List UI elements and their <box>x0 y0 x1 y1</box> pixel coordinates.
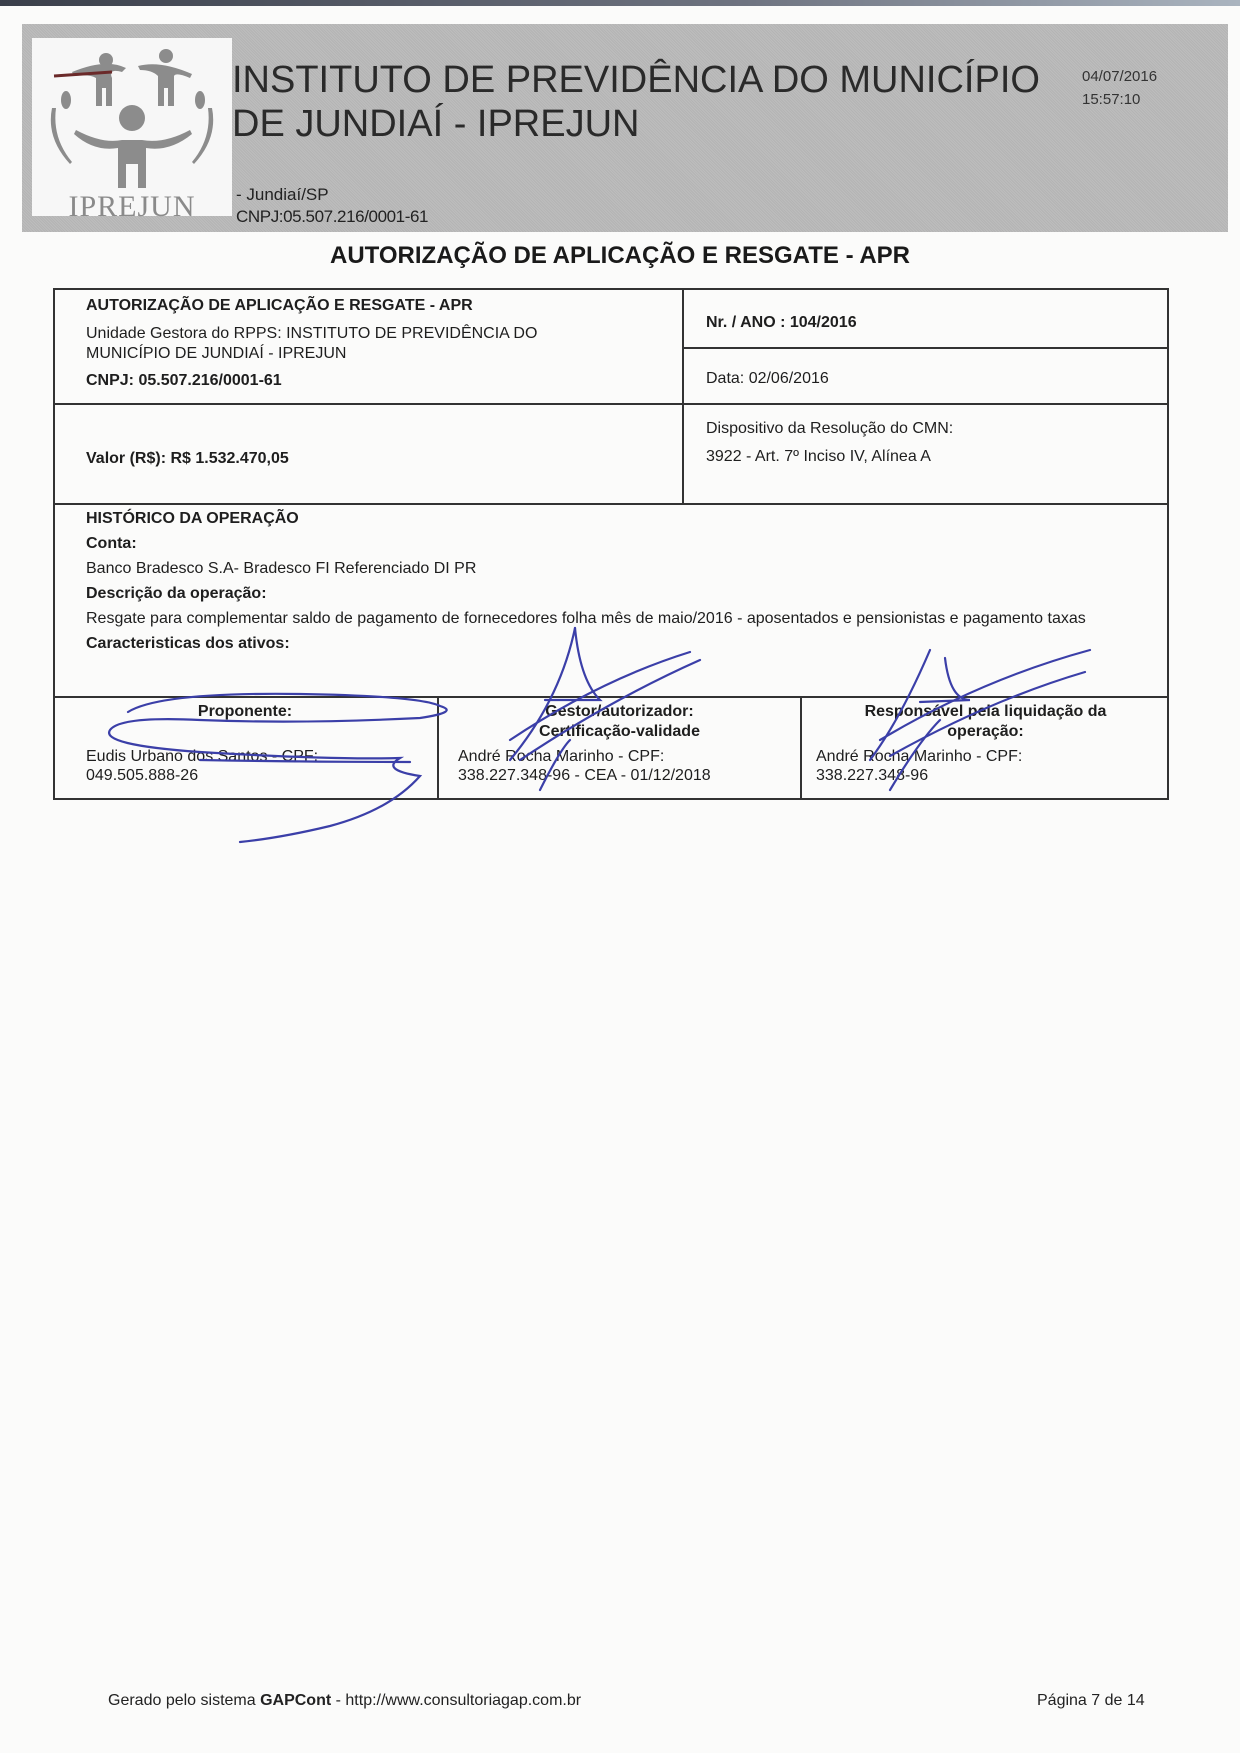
page-number: Página 7 de 14 <box>1037 1692 1145 1710</box>
institution-cnpj: CNPJ:05.507.216/0001-61 <box>236 207 428 227</box>
institution-logo: IPREJUN <box>32 38 232 216</box>
divider <box>53 696 1169 698</box>
gestor-cpf: 338.227.348-96 - CEA - 01/12/2018 <box>458 767 711 785</box>
proponente-name: Eudis Urbano dos Santos - CPF: <box>86 748 318 766</box>
logo-wordmark: IPREJUN <box>32 190 232 224</box>
apr-box-title: AUTORIZAÇÃO DE APLICAÇÃO E RESGATE - APR <box>86 297 473 315</box>
unidade-gestora-cont: MUNICÍPIO DE JUNDIAÍ - IPREJUN <box>86 345 346 363</box>
divider <box>53 503 1169 505</box>
responsavel-name: André Rocha Marinho - CPF: <box>816 748 1022 766</box>
divider <box>684 403 1169 405</box>
proponente-cpf: 049.505.888-26 <box>86 767 198 785</box>
footer-prefix: Gerado pelo sistema <box>108 1692 260 1709</box>
unidade-gestora: Unidade Gestora do RPPS: INSTITUTO DE PR… <box>86 325 537 343</box>
divider <box>682 288 684 503</box>
responsavel-label-cont: operação: <box>802 723 1169 741</box>
dispositivo-value: 3922 - Art. 7º Inciso IV, Alínea A <box>706 448 931 466</box>
gestor-name: André Rocha Marinho - CPF: <box>458 748 664 766</box>
valor: Valor (R$): R$ 1.532.470,05 <box>86 450 289 468</box>
print-time: 15:57:10 <box>1082 91 1140 108</box>
people-circle-logo-icon <box>42 38 222 188</box>
footer-url: - http://www.consultoriagap.com.br <box>331 1692 581 1709</box>
numero-ano: Nr. / ANO : 104/2016 <box>706 314 857 332</box>
descricao-label: Descrição da operação: <box>86 585 267 603</box>
proponente-label: Proponente: <box>53 703 437 721</box>
institution-name-line2: DE JUNDIAÍ - IPREJUN <box>232 103 639 145</box>
apr-date: Data: 02/06/2016 <box>706 370 829 388</box>
responsavel-cpf: 338.227.348-96 <box>816 767 928 785</box>
apr-cnpj: CNPJ: 05.507.216/0001-61 <box>86 372 282 390</box>
conta-value: Banco Bradesco S.A- Bradesco FI Referenc… <box>86 560 476 578</box>
print-date: 04/07/2016 <box>1082 68 1157 85</box>
responsavel-label: Responsável pela liquidação da <box>802 703 1169 721</box>
footer-system-name: GAPCont <box>260 1692 331 1709</box>
institution-name: INSTITUTO DE PREVIDÊNCIA DO MUNICÍPIO DE… <box>232 58 1040 146</box>
institution-name-line1: INSTITUTO DE PREVIDÊNCIA DO MUNICÍPIO <box>232 59 1040 101</box>
footer-generated-by: Gerado pelo sistema GAPCont - http://www… <box>108 1692 581 1710</box>
document-title: AUTORIZAÇÃO DE APLICAÇÃO E RESGATE - APR <box>0 242 1240 270</box>
historico-title: HISTÓRICO DA OPERAÇÃO <box>86 510 299 528</box>
conta-label: Conta: <box>86 535 137 553</box>
gestor-label: Gestor/autorizador: <box>439 703 800 721</box>
institution-city: - Jundiaí/SP <box>236 185 329 205</box>
dispositivo-label: Dispositivo da Resolução do CMN: <box>706 420 953 438</box>
caracteristicas-label: Caracteristicas dos ativos: <box>86 635 290 653</box>
gestor-certificacao-label: Certificação-validade <box>439 723 800 741</box>
descricao-value: Resgate para complementar saldo de pagam… <box>86 610 1086 628</box>
scan-edge <box>0 0 1240 6</box>
divider <box>684 347 1169 349</box>
divider <box>53 403 684 405</box>
